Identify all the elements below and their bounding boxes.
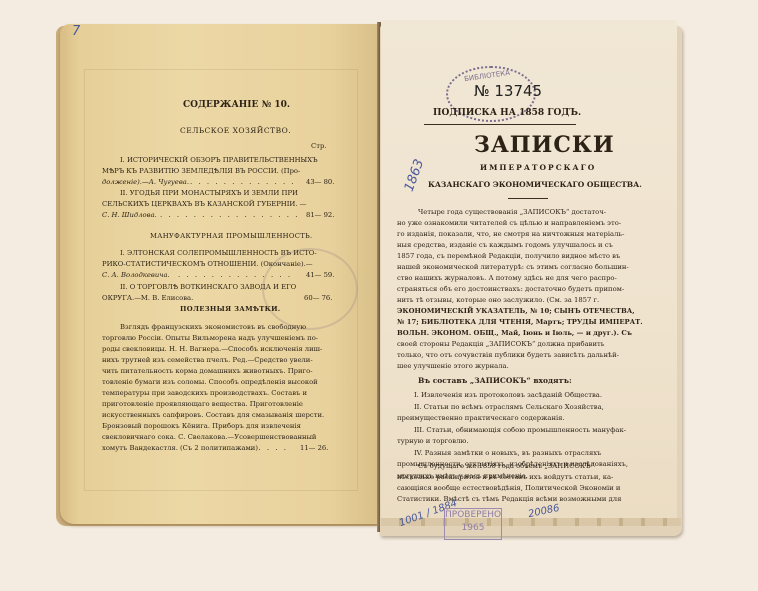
toc-pages: 11— 26. [300, 444, 328, 452]
journal-subtitle-2: КАЗАНСКАГО ЭКОНОМИЧЕСКАГО ОБЩЕСТВА. [428, 180, 642, 189]
notes-line: Взглядъ французскихъ экономистовъ въ сво… [120, 323, 306, 331]
toc-line: II. О ТОРГОВЛѢ ВОТКИНСКАГО ЗАВОДА И ЕГО [120, 283, 296, 291]
text-line: шее улучшеніе этого журнала. [397, 362, 509, 370]
text-line: Четыре года существованія „ЗАПИСОКЪ“ дос… [418, 208, 606, 216]
text-line: № 17; БИБЛІОТЕКА ДЛЯ ЧТЕНІЯ, Мартъ; ТРУД… [397, 318, 643, 326]
contents-heading: СОДЕРЖАНІЕ № 10. [183, 100, 290, 110]
toc-line: ОКРУГА.—М. В. Елисова. [102, 294, 193, 302]
text-line: Статистики. Вмѣстѣ съ тѣмъ Редакція всѣм… [397, 495, 621, 503]
toc-pages: 60— 76. [304, 294, 332, 302]
notes-line: товленіе бумаги изъ соломы. Способъ опре… [102, 378, 318, 386]
toc-line: I. ЭЛТОНСКАЯ СОЛЕПРОМЫШЛЕННОСТЬ ВЪ ИСТО- [120, 249, 317, 257]
notes-line: чить питательность корма домашнихъ живот… [102, 367, 313, 375]
contents-item: III. Статьи, обнимающія собою промышленн… [414, 426, 626, 434]
text-line: ство нашихъ журналовъ. А потому здѣсь не… [397, 274, 617, 282]
notes-line: свекловичнаго сока. С. Свелакова.—Усовер… [102, 433, 316, 441]
divider [508, 198, 548, 199]
notes-line: Бронзовый порошокъ Кёнига. Приборъ для и… [102, 422, 301, 430]
text-line: ныя средства, изданіе съ каждымъ годомъ … [397, 241, 613, 249]
section-title: СЕЛЬСКОЕ ХОЗЯЙСТВО. [180, 126, 291, 135]
notes-line: температуры при заводскихъ производствах… [102, 389, 307, 397]
text-line: го изданія, показали, что, не смотря на … [397, 230, 624, 238]
toc-line: II. УГОДЬЯ ПРИ МОНАСТЫРЯХЪ И ЗЕМЛИ ПРИ [120, 189, 298, 197]
toc-line: I. ИСТОРИЧЕСКІЙ ОБЗОРЪ ПРАВИТЕЛЬСТВЕННЫХ… [120, 156, 318, 164]
section-title: МАНУФАКТУРНАЯ ПРОМЫШЛЕННОСТЬ. [150, 232, 312, 240]
divider [424, 124, 576, 125]
contents-subheading: Въ составъ „ЗАПИСОКЪ“ входятъ: [418, 376, 572, 385]
text-line: нашей экономической литературѣ: съ этимъ… [397, 263, 629, 271]
toc-line: МѢРЪ КЪ РАЗВИТІЮ ЗЕМЛЕДѢЛІЯ ВЪ РОССІИ. (… [102, 167, 300, 175]
toc-line: РИКО-СТАТИСТИЧЕСКОМЪ ОТНОШЕНІИ. (Окончан… [102, 260, 313, 268]
toc-line: СЕЛЬСКИХЪ ЦЕРКВАХЪ ВЪ КАЗАНСКОЙ ГУБЕРНІИ… [102, 200, 306, 208]
toc-pages: 81— 92. [306, 211, 334, 219]
page-column-label: Стр. [311, 142, 326, 150]
notes-line: приготовленіе проявляющаго вещества. При… [102, 400, 303, 408]
inventory-number: № 13745 [474, 82, 542, 100]
text-line: ВОЛЬН. ЭКОНОМ. ОБЩ., Май, Іюнь и Іюль, —… [397, 329, 632, 337]
notes-line: нихъ трутней изъ семейства пчелъ. Ред.—С… [102, 356, 313, 364]
stamp-line: ПРОВЕРЕНО [445, 509, 501, 522]
text-line: страняться объ его достоинствахъ: достат… [397, 285, 624, 293]
contents-item: II. Статьи по всѣмъ отраслямъ Сельскаго … [414, 403, 604, 411]
subscription-heading: ПОДПИСКА НА 1858 ГОДЪ. [433, 108, 581, 118]
text-line: своей стороны Редакція „ЗАПИСОКЪ“ должна… [397, 340, 605, 348]
contents-item: турную и торговлю. [397, 437, 469, 445]
notes-line: искусственныхъ сапфировъ. Составъ для см… [102, 411, 324, 419]
section-title: ПОЛЕЗНЫЯ ЗАМѢТКИ. [180, 305, 280, 313]
text-line: ЭКОНОМИЧЕСКІЙ УКАЗАТЕЛЬ, № 10; СЫНЪ ОТЕЧ… [397, 307, 635, 315]
journal-title: ЗАПИСКИ [474, 132, 615, 158]
stamp-line: 1965 [445, 522, 501, 535]
toc-line: долженіе).—А. Чугуева. [102, 178, 189, 186]
corner-pencil-note: 7 [72, 24, 80, 39]
text-line: нить тѣ отзывы, которые оно заслужило. (… [397, 296, 599, 304]
text-line: 1857 года, съ перемѣной Редакціи, получи… [397, 252, 620, 260]
notes-line: роды свекловицы. Н. Н. Вагнера.—Способъ … [102, 345, 322, 353]
contents-item: IV. Разныя замѣтки о новыхъ, въ разныхъ … [414, 449, 601, 457]
toc-line: С. Н. Шидлова. [102, 211, 157, 219]
text-line: но уже ознакомили читателей съ цѣлью и н… [397, 219, 621, 227]
journal-subtitle-1: ИМПЕРАТОРСКАГО [480, 163, 596, 172]
verified-stamp: ПРОВЕРЕНО 1965 [444, 508, 502, 540]
text-line: сающіяся вообще естествовѣдѣнія, Политич… [397, 484, 620, 492]
notes-line: торговлю Россіи. Опыты Вильморена надъ у… [102, 334, 318, 342]
toc-pages: 43— 80. [306, 178, 334, 186]
contents-item: I. Извлеченія изъ протоколовъ засѣданій … [414, 391, 602, 399]
text-line: Съ будущаго же 1858 года объемъ „ЗАПИСОК… [418, 462, 594, 470]
toc-pages: 41— 59. [306, 271, 334, 279]
notes-line: хомутъ Вандекастля. (Съ 2 политипажами) [102, 444, 258, 452]
toc-line: С. А. Володкевича. [102, 271, 170, 279]
text-line: нѣсколько расширится и въ составъ ихъ во… [397, 473, 613, 481]
text-line: только, что отъ сочувствія публики будет… [397, 351, 619, 359]
contents-item: преимущественно практическаго содержанія… [397, 414, 565, 422]
